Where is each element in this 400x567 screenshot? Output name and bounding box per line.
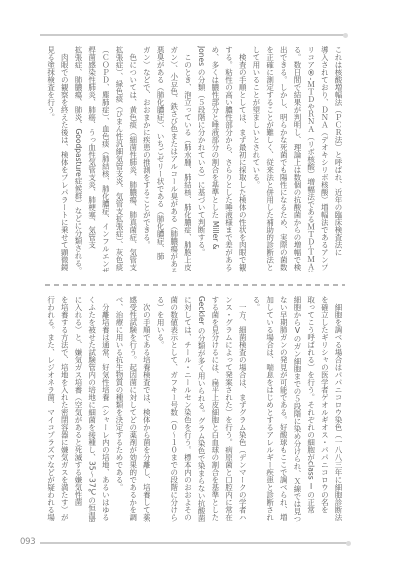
text-column: 見る塗抹検査を行う。 [47, 46, 55, 272]
top-rule-end-cap [343, 33, 348, 38]
text-column: して用いることが望ましいとされている。 [252, 46, 260, 272]
text-column: （ＣＯＰＤ、塵肺症）、血色痰（肺結核、肺化膿症、インフルエンザ [101, 46, 109, 272]
text-column: Geckler の分類が多く用いられる。グラム染色で染まらない抗酸菌 [197, 296, 205, 522]
text-column: Jones の分類（５段階に分かれている）に基づいて判断する。 [197, 46, 205, 272]
text-column: る）を用いる。 [156, 296, 164, 522]
top-text-block: これは核酸増幅法（ＰＣＲ法）と呼ばれ、近年の臨床検査法に 導入されており、ＤＮＡ… [47, 46, 342, 272]
text-column: する。粘性の高い膿性部分から、さらりとした唾液様まで差があるた [225, 46, 233, 272]
text-column: を正確に測定することが難しく、従来法と併用した補助的診断法と [266, 46, 274, 272]
bottom-rule-end-cap [346, 541, 351, 546]
text-column: このとき、泡立っている（肺水腫、肺結核、肺化膿症、肺胞上皮 [183, 46, 191, 272]
text-column: リコア®‐ＭＴＤやＲＮＡ（リボ核酸）増幅法であるＭＴＤ‐ＴＭＡ法があ [307, 46, 315, 272]
text-column: 取ってこう呼ばれる）を行う。それぞれの細胞がclass Ⅰの正常 [307, 296, 315, 522]
text-column: 拡張症、肺膿瘍、肺炎、Goodpasture症候群）などに分類される。 [74, 46, 82, 272]
text-column: ない早期肺ガンの発見が可能である。好酸球もここで調べられ、増 [279, 296, 287, 522]
text-column: ガン）などで、おおまかに疾患の推測をすることができる。 [142, 46, 150, 272]
text-column: 悪臭がある（肺化膿症）、いちごゼリー状である（肺化膿症、肺 [156, 46, 164, 272]
text-column: 細胞を調べる場合はパパニコロウ染色（一八八三年に細胞診断法 [334, 296, 342, 522]
text-column: 拡張症）、緑色痰（びまん性汎細気管支炎、気管支拡張症）、灰色痰 [115, 46, 123, 272]
text-column: する菌を見分けるには、扁平上皮細胞と白血球の割合を基準とした [211, 296, 219, 522]
text-column: ンス・グラムによって発案された）を行う。病原菌と口腔内に常在 [225, 296, 233, 522]
text-column: 色については、黄色痰（細菌性肺炎、肺膿瘍、肺真菌症、気管支 [129, 46, 137, 272]
section-divider [45, 284, 345, 286]
page-number: 093 [20, 537, 35, 547]
text-column: を確立したギリシャの医学者ゲオルギオス・パパニコロウの名を [320, 296, 328, 522]
text-column: べ、治療に用いる抗生物質の種類を決定するためである。 [115, 296, 123, 522]
top-rule [40, 34, 345, 36]
text-column: 出できる。しかし、明らかな死菌でも陽性になるため、実際の菌数 [279, 46, 287, 272]
text-column: 感受性試験を行う。起因菌に対してどの薬剤が効果的であるかを調 [129, 296, 137, 522]
text-column: 一方、細菌検査の場合は、まずグラム染色（デンマークの学者ハ [238, 296, 246, 522]
text-column: め、多くは膿性部分と唾液部分の割合を基準とした Miller & [211, 46, 219, 272]
text-column: 肉眼での観察を終えた後は、検体をプレパラートに乗せて顕微鏡で [60, 46, 68, 272]
text-column: 行われる。また、レジオネラ菌、マイコプラズマなどが疑われる場 [47, 296, 55, 522]
text-column: ガン）、小豆色、鉄さび色またはアルコール臭がある（肺膿瘍がある）、 [170, 46, 178, 272]
text-column: に入れる）と、嫌気ガス培養（空気があると死滅する嫌気性菌 [74, 296, 82, 522]
text-column: 導入されており、ＤＮＡ（デオキシリボ核酸）増幅法であるアンプ [320, 46, 328, 272]
text-column: に対しては、チール・ニールセン染色を行う。標本内のおおよその [183, 296, 191, 522]
text-column: 桿菌感染性肺炎、肺癌、うっ血性気管支炎、肺梗塞、気管支 [88, 46, 96, 272]
text-column: 次の手順である培養検査では、検体から菌を分離し、培養して薬剤 [142, 296, 150, 522]
bottom-text-block: 細胞を調べる場合はパパニコロウ染色（一八八三年に細胞診断法 を確立したギリシャの… [47, 296, 342, 522]
bottom-rule [40, 542, 348, 544]
text-column: 加している場合は、喘息をはじめとするアレルギー疾患と診断され [266, 296, 274, 522]
text-column: る。数日間で結果が判明し、理論上は数個の抗酸菌からの増幅で検 [293, 46, 301, 272]
text-column: 菌の数値表示として、ガフキー号数（０～１０までの段階に分けられ [170, 296, 178, 522]
text-column: 検査の手順としては、まず最初に採取した検体の性状を肉眼で観察 [238, 46, 246, 272]
text-column: る。 [252, 296, 260, 522]
text-column: くふたを被せた試験管内の培地に細菌を接種し、35～37℃の恒温器の中 [88, 296, 96, 522]
text-column: を培養する方法で、培地を入れた密閉容器に嫌気ガスを満たす）が [60, 296, 68, 522]
text-column: 分離培養は通常、好気性培養（シャーレ内の培地、あるいはゆる [101, 296, 109, 522]
text-column: これは核酸増幅法（ＰＣＲ法）と呼ばれ、近年の臨床検査法に [334, 46, 342, 272]
text-column: 細胞からⅤのガン細胞までの５段階に染め分けられ、Ｘ線では見つから [293, 296, 301, 522]
